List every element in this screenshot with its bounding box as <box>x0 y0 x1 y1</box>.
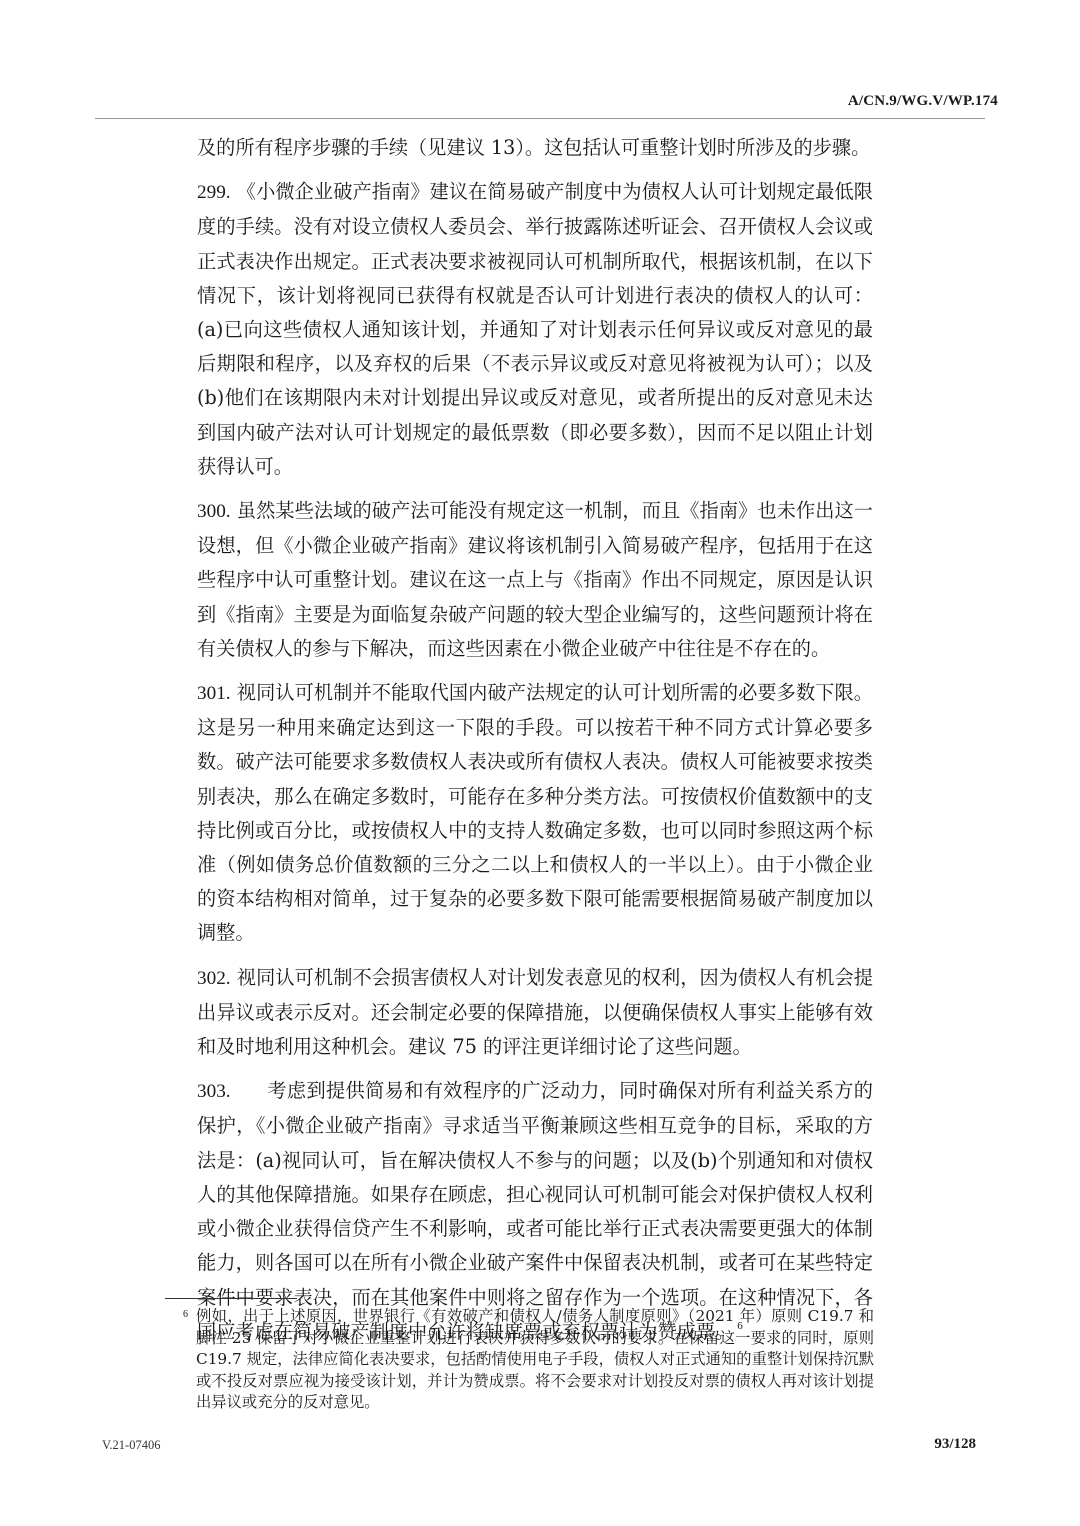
page-number: 93/128 <box>934 1436 976 1453</box>
paragraph-302: 302. 视同认可机制不会损害债权人对计划发表意见的权利，因为债权人有机会提出异… <box>197 961 873 1065</box>
footnote-divider <box>165 1298 297 1299</box>
paragraph-number: 302. <box>197 968 231 989</box>
paragraph-text: 虽然某些法域的破产法可能没有规定这一机制，而且《指南》也未作出这一设想，但《小微… <box>197 499 873 660</box>
header-divider <box>95 118 985 119</box>
paragraph-number: 301. <box>197 683 231 704</box>
paragraph-300: 300. 虽然某些法域的破产法可能没有规定这一机制，而且《指南》也未作出这一设想… <box>197 494 873 666</box>
paragraph-text: 视同认可机制并不能取代国内破产法规定的认可计划所需的必要多数下限。这是另一种用来… <box>197 681 873 944</box>
footnote-mark: 6 <box>183 1304 188 1326</box>
document-symbol: A/CN.9/WG.V/WP.174 <box>848 93 998 110</box>
footnote-text: 例如，出于上述原因，世界银行《有效破产和债权人/债务人制度原则》（2021 年）… <box>196 1307 874 1411</box>
continuation-paragraph: 及的所有程序步骤的手续（见建议 13）。这包括认可重整计划时所涉及的步骤。 <box>197 131 873 165</box>
paragraph-text: 《小微企业破产指南》建议在简易破产制度中为债权人认可计划规定最低限度的手续。没有… <box>197 180 873 478</box>
footnote-6: 6 例如，出于上述原因，世界银行《有效破产和债权人/债务人制度原则》（2021 … <box>196 1306 874 1414</box>
job-number: V.21-07406 <box>102 1438 160 1453</box>
paragraph-number: 303. <box>197 1075 267 1109</box>
paragraph-301: 301. 视同认可机制并不能取代国内破产法规定的认可计划所需的必要多数下限。这是… <box>197 676 873 951</box>
paragraph-299: 299. 《小微企业破产指南》建议在简易破产制度中为债权人认可计划规定最低限度的… <box>197 175 873 484</box>
paragraph-text: 视同认可机制不会损害债权人对计划发表意见的权利，因为债权人有机会提出异议或表示反… <box>197 966 873 1058</box>
paragraph-number: 299. <box>197 182 231 203</box>
document-body: 及的所有程序步骤的手续（见建议 13）。这包括认可重整计划时所涉及的步骤。 29… <box>197 131 873 1349</box>
paragraph-text: 考虑到提供简易和有效程序的广泛动力，同时确保对所有利益关系方的保护，《小微企业破… <box>197 1079 873 1342</box>
paragraph-number: 300. <box>197 501 231 522</box>
